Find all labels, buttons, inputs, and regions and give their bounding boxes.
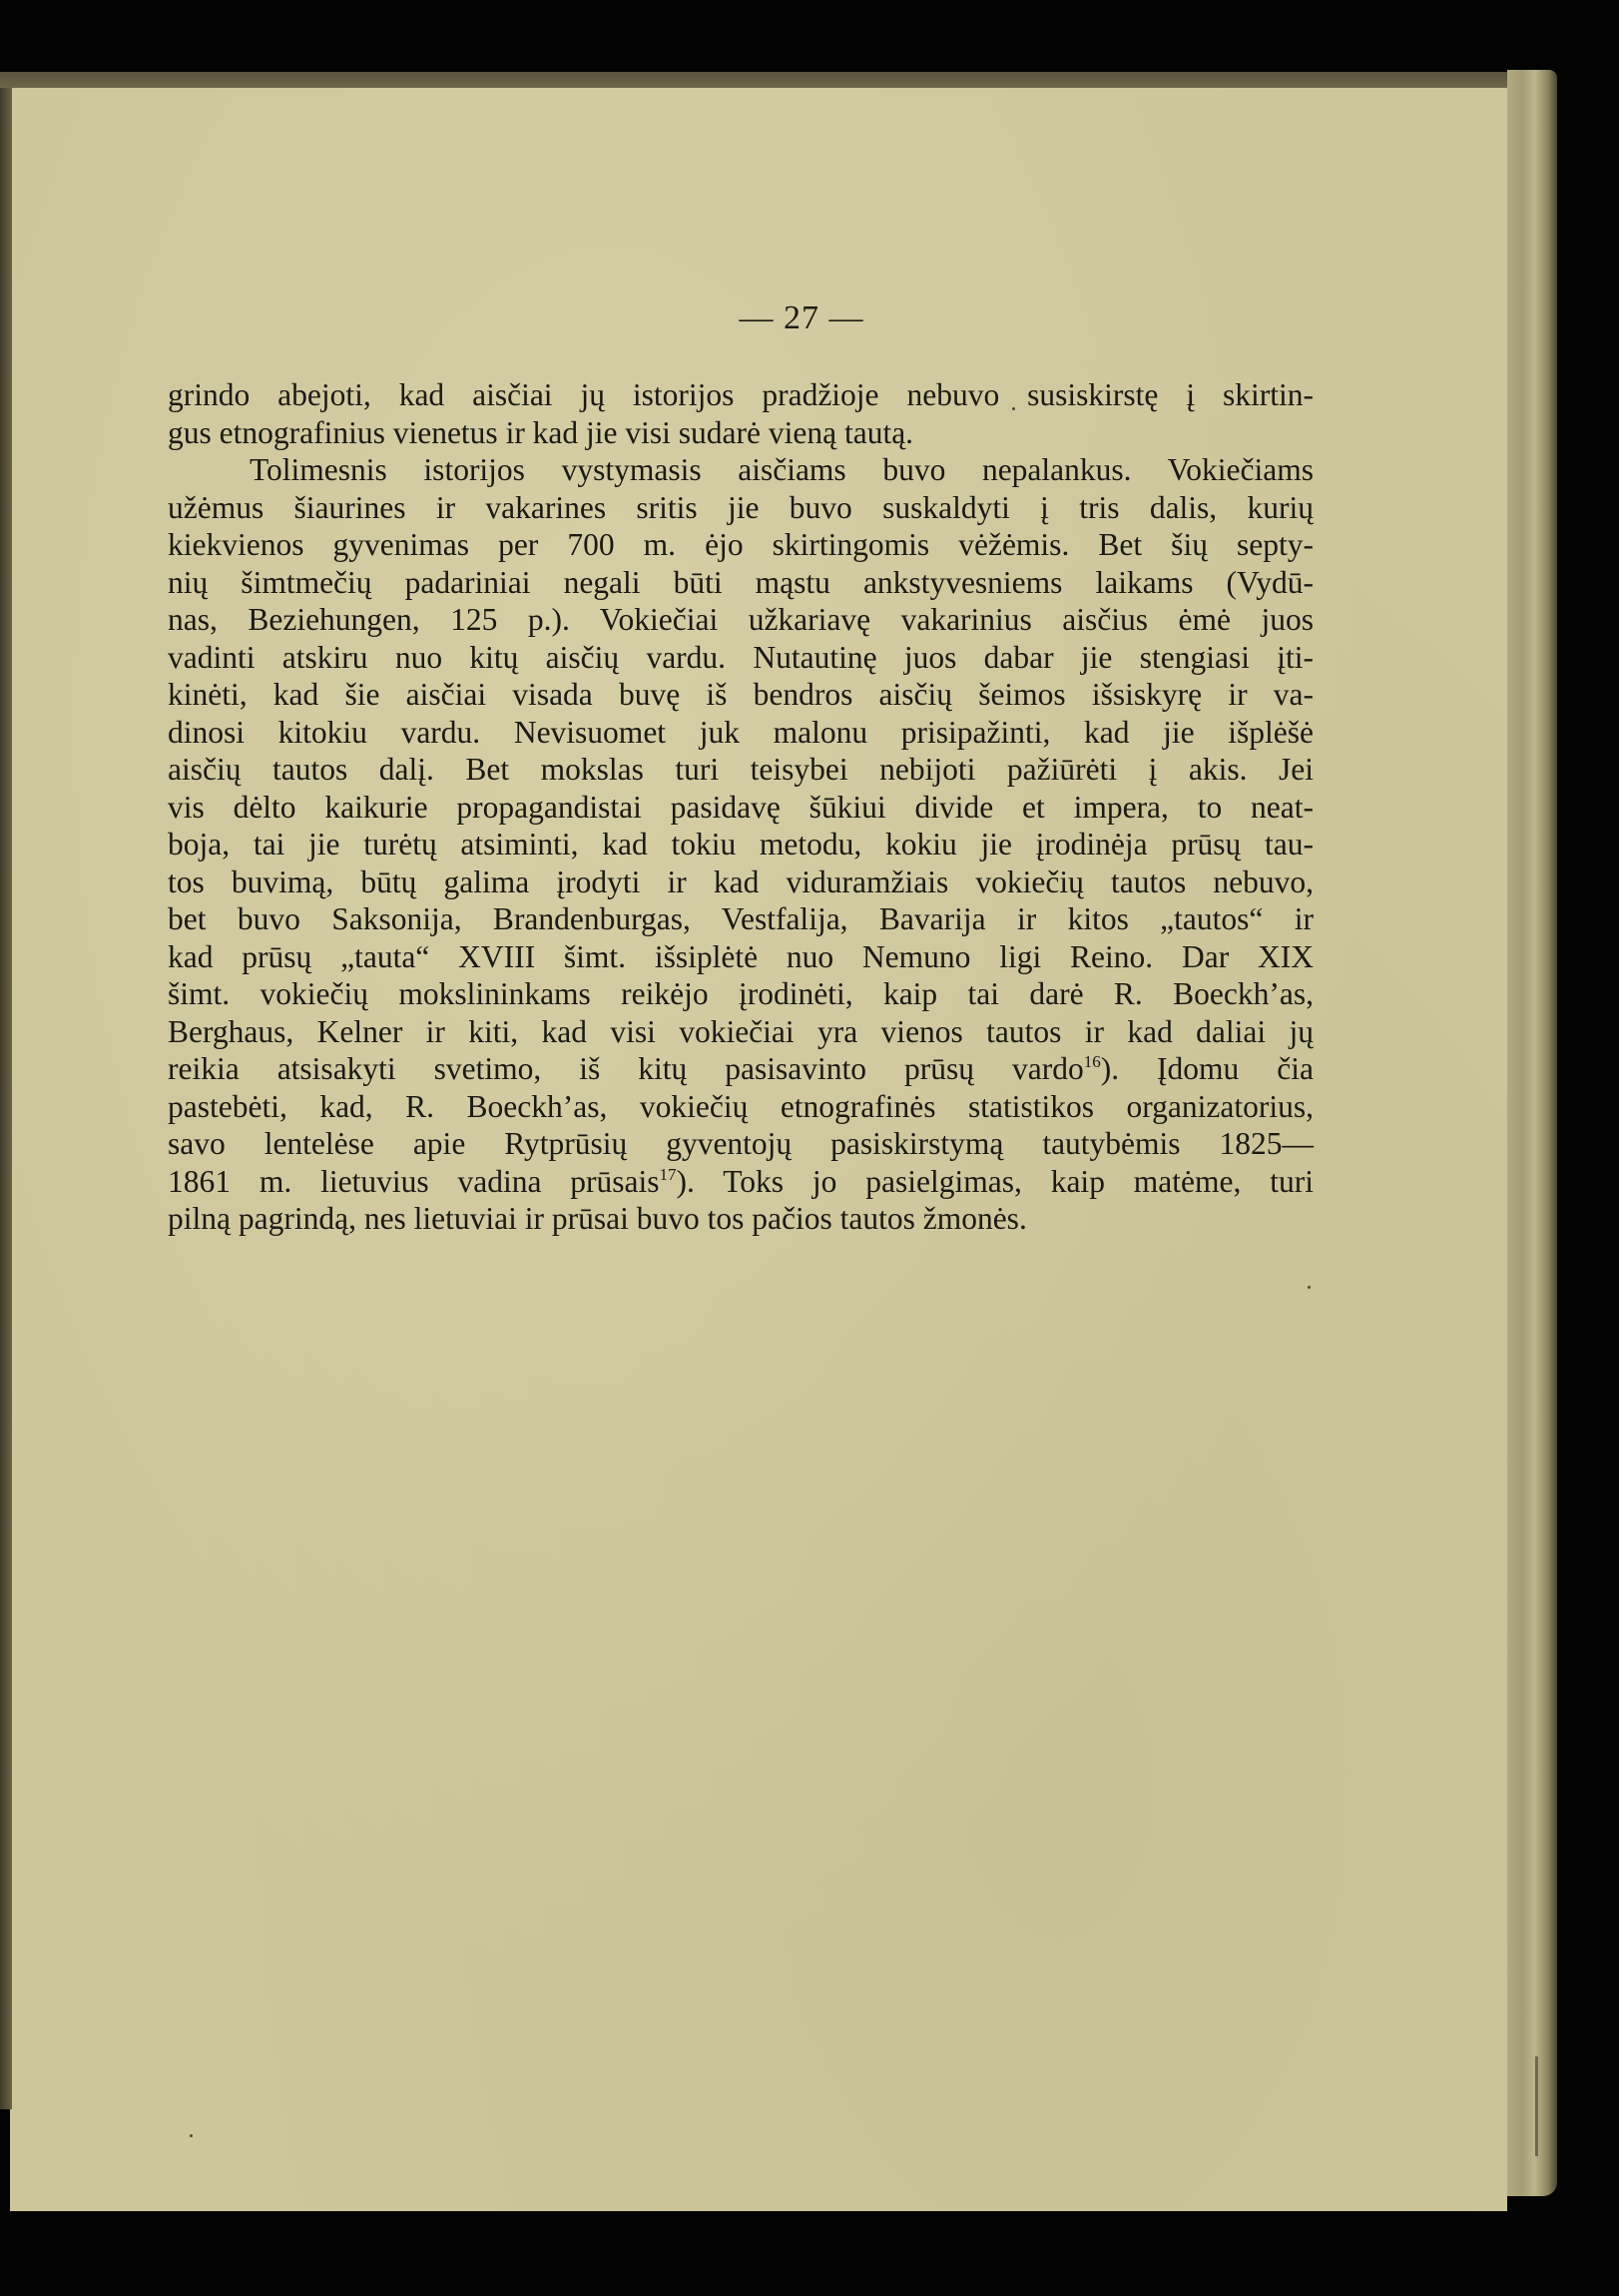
text-line-content: 1861 m. lietuvius vadina prūsais [168,1164,660,1199]
text-line-content: užėmus šiaurines ir vakarines sritis jie… [168,490,1314,525]
page-number-text: — 27 — [740,299,864,337]
text-line-content: Berghaus, Kelner ir kiti, kad visi vokie… [168,1014,1314,1049]
spine-crease [1535,2056,1538,2156]
text-line: bet buvo Saksonija, Brandenburgas, Vestf… [168,900,1314,938]
text-line: nių šimtmečių padariniai negali būti mąs… [168,564,1314,602]
text-line-content: gus etnografinius vienetus ir kad jie vi… [168,415,913,450]
text-line: grindo abejoti, kad aisčiai jų istorijos… [168,376,1314,414]
text-line: 1861 m. lietuvius vadina prūsais17). Tok… [168,1163,1314,1201]
text-line-content: grindo abejoti, kad aisčiai jų istorijos… [168,377,1314,412]
text-line: šimt. vokiečių mokslininkams reikėjo įro… [168,975,1314,1013]
text-line-content: boja, tai jie turėtų atsiminti, kad toki… [168,827,1314,861]
text-line-continuation: ). Įdomu čia [1101,1051,1314,1086]
text-line: Tolimesnis istorijos vystymasis aisčiams… [168,451,1314,489]
text-line: užėmus šiaurines ir vakarines sritis jie… [168,489,1314,527]
text-line-content: aisčių tautos dalį. Bet mokslas turi tei… [168,752,1314,787]
text-line-continuation: ). Toks jo pasielgimas, kaip matėme, tur… [677,1164,1314,1199]
paper-speck [190,2134,193,2137]
text-line-content: kinėti, kad šie aisčiai visada buvę iš b… [168,677,1314,712]
text-line: kiekvienos gyvenimas per 700 m. ėjo skir… [168,526,1314,564]
text-line: nas, Beziehungen, 125 p.). Vokiečiai užk… [168,601,1314,639]
text-line: pilną pagrindą, nes lietuviai ir prūsai … [168,1200,1314,1238]
page-number: — 27 — [10,299,1507,337]
text-line-content: pastebėti, kad, R. Boeckh’as, vokiečių e… [168,1089,1314,1124]
footnote-reference: 17 [660,1165,677,1184]
text-line-content: nių šimtmečių padariniai negali būti mąs… [168,565,1314,600]
footnote-reference: 16 [1084,1052,1101,1071]
text-line-content: bet buvo Saksonija, Brandenburgas, Vestf… [168,901,1314,936]
text-line-content: savo lentelėse apie Rytprūsių gyventojų … [168,1126,1314,1161]
text-line: tos buvimą, būtų galima įrodyti ir kad v… [168,863,1314,901]
text-line: vis dėlto kaikurie propagandistai pasida… [168,789,1314,827]
book-spine-edge [1507,70,1557,2196]
text-line-content: šimt. vokiečių mokslininkams reikėjo įro… [168,976,1314,1011]
book-page: — 27 — grindo abejoti, kad aisčiai jų is… [10,88,1507,2211]
text-line: boja, tai jie turėtų atsiminti, kad toki… [168,826,1314,863]
text-line-content: kad prūsų „tauta“ XVIII šimt. išsiplėtė … [168,939,1314,974]
paper-speck [1012,407,1015,410]
page-left-edge [0,88,12,2109]
text-line: pastebėti, kad, R. Boeckh’as, vokiečių e… [168,1088,1314,1126]
text-line: savo lentelėse apie Rytprūsių gyventojų … [168,1125,1314,1163]
paper-speck [1308,1286,1311,1289]
text-line: aisčių tautos dalį. Bet mokslas turi tei… [168,751,1314,789]
text-line: reikia atsisakyti svetimo, iš kitų pasis… [168,1050,1314,1088]
text-line-content: pilną pagrindą, nes lietuviai ir prūsai … [168,1201,1027,1236]
text-line-content: nas, Beziehungen, 125 p.). Vokiečiai užk… [168,602,1314,637]
text-line-content: reikia atsisakyti svetimo, iš kitų pasis… [168,1051,1084,1086]
text-line-content: kiekvienos gyvenimas per 700 m. ėjo skir… [168,527,1314,562]
text-line-content: Tolimesnis istorijos vystymasis aisčiams… [250,452,1314,487]
body-text: grindo abejoti, kad aisčiai jų istorijos… [168,376,1314,1238]
text-line: kad prūsų „tauta“ XVIII šimt. išsiplėtė … [168,938,1314,976]
text-line: gus etnografinius vienetus ir kad jie vi… [168,414,1314,452]
text-line: vadinti atskiru nuo kitų aisčių vardu. N… [168,639,1314,677]
text-line-content: vis dėlto kaikurie propagandistai pasida… [168,790,1314,825]
text-line-content: tos buvimą, būtų galima įrodyti ir kad v… [168,864,1314,899]
text-line-content: vadinti atskiru nuo kitų aisčių vardu. N… [168,640,1314,675]
text-line-content: dinosi kitokiu vardu. Nevisuomet juk mal… [168,715,1314,750]
text-line: dinosi kitokiu vardu. Nevisuomet juk mal… [168,714,1314,752]
text-line: kinėti, kad šie aisčiai visada buvę iš b… [168,676,1314,714]
text-line: Berghaus, Kelner ir kiti, kad visi vokie… [168,1013,1314,1051]
